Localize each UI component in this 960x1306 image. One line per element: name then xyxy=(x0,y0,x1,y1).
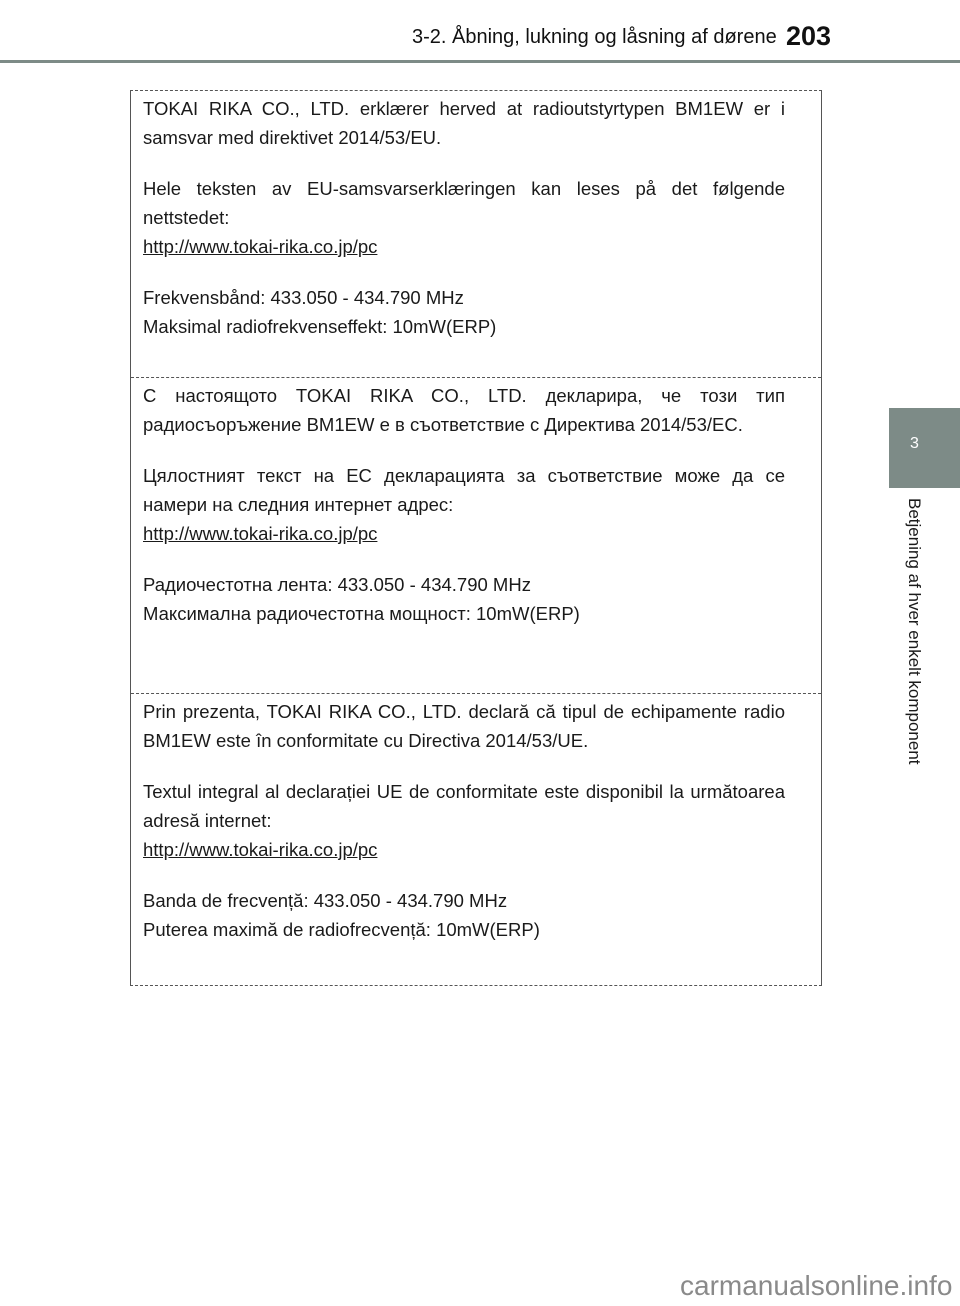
declaration-url-link[interactable]: http://www.tokai-rika.co.jp/pc xyxy=(143,519,377,548)
chapter-number: 3 xyxy=(910,435,919,453)
declaration-statement: Prin prezenta, TOKAI RIKA CO., LTD. decl… xyxy=(143,694,785,755)
watermark: carmanualsonline.info xyxy=(680,1270,952,1302)
full-text-intro: Hele teksten av EU-samsvarserklæringen k… xyxy=(143,174,785,232)
chapter-tab: 3 xyxy=(889,408,960,488)
header-divider xyxy=(0,60,960,63)
declaration-norwegian: TOKAI RIKA CO., LTD. erklærer herved at … xyxy=(131,91,821,377)
full-text-intro: Цялостният текст на ЕС декларацията за с… xyxy=(143,461,785,519)
declaration-romanian: Prin prezenta, TOKAI RIKA CO., LTD. decl… xyxy=(131,693,821,987)
full-text-intro: Textul integral al declarației UE de con… xyxy=(143,777,785,835)
max-power: Максимална радиочестотна мощност: 10mW(E… xyxy=(143,599,785,628)
declaration-statement: С настоящото TOKAI RIKA CO., LTD. деклар… xyxy=(143,378,785,439)
page-number: 203 xyxy=(786,21,831,52)
section-title: 3-2. Åbning, lukning og låsning af døren… xyxy=(412,26,777,49)
declaration-url-link[interactable]: http://www.tokai-rika.co.jp/pc xyxy=(143,835,377,864)
frequency-band: Frekvensbånd: 433.050 - 434.790 MHz xyxy=(143,283,785,312)
frequency-band: Banda de frecvență: 433.050 - 434.790 MH… xyxy=(143,886,785,915)
chapter-side-label: Betjening af hver enkelt komponent xyxy=(904,498,924,765)
frequency-band: Радиочестотна лента: 433.050 - 434.790 M… xyxy=(143,570,785,599)
max-power: Puterea maximă de radiofrecvență: 10mW(E… xyxy=(143,915,785,944)
max-power: Maksimal radiofrekvenseffekt: 10mW(ERP) xyxy=(143,312,785,341)
declaration-url-link[interactable]: http://www.tokai-rika.co.jp/pc xyxy=(143,232,377,261)
declaration-box: TOKAI RIKA CO., LTD. erklærer herved at … xyxy=(130,90,822,986)
declaration-statement: TOKAI RIKA CO., LTD. erklærer herved at … xyxy=(143,91,785,152)
declaration-bulgarian: С настоящото TOKAI RIKA CO., LTD. деклар… xyxy=(131,377,821,693)
